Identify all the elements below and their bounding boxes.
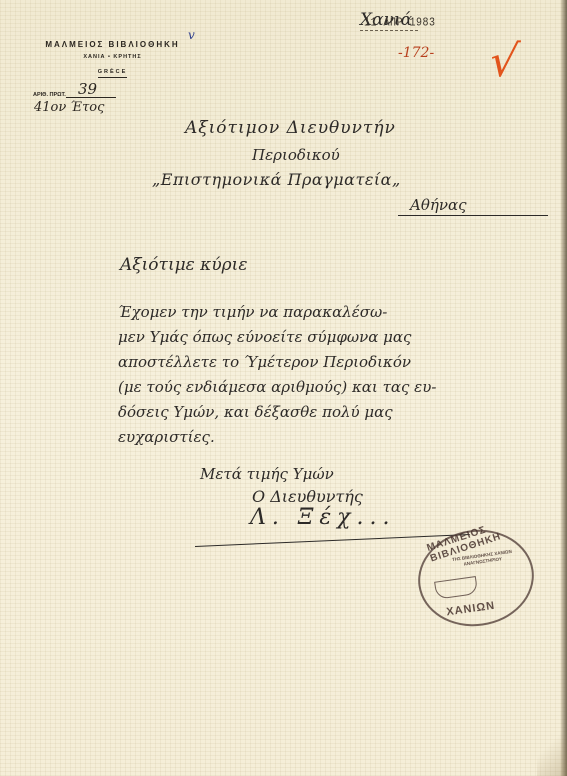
salutation: Αξιότιμε κύριε	[120, 255, 247, 275]
signer-title: Ο Διευθυντής	[252, 487, 363, 506]
letter-body: Έχομεν την τιμήν να παρακαλέσω- μεν Υμάς…	[118, 300, 548, 450]
body-line: (με τούς ενδιάμεσα αριθμούς) και τας ευ-	[118, 375, 548, 400]
date-stamp: 11 ΑΠΡ 1983	[364, 17, 436, 30]
page-corner-shadow	[537, 706, 567, 776]
body-line: Έχομεν την τιμήν να παρακαλέσω-	[118, 300, 548, 325]
recipient-line-2: Περιοδικού	[252, 146, 340, 164]
body-line: αποστέλλετε το Ύμέτερον Περιοδικόν	[118, 350, 548, 375]
reference-label: ΑΡΙΘ. ΠΡΩΤ.	[33, 92, 66, 98]
letterhead-title: ΜΑΛΜΕΙΟΣ ΒΙΒΛΙΟΘΗΚΗ	[30, 40, 195, 49]
letterhead: ΜΑΛΜΕΙΟΣ ΒΙΒΛΙΟΘΗΚΗ ΧΑΝΙΑ • ΚΡΗΤΗΣ GRÈCE	[30, 40, 195, 78]
letter-page: ΜΑΛΜΕΙΟΣ ΒΙΒΛΙΟΘΗΚΗ ΧΑΝΙΑ • ΚΡΗΤΗΣ GRÈCE…	[0, 0, 567, 776]
signature: Λ. Ξέχ...	[250, 505, 395, 530]
recipient-underline	[398, 215, 548, 216]
recipient-line-3: „Επιστημονικά Πραγματεία„	[152, 170, 401, 189]
recipient-line-1: Αξιότιμον Διευθυντήν	[185, 118, 396, 138]
letterhead-country: GRÈCE	[98, 69, 128, 78]
letterhead-subtitle: ΧΑΝΙΑ • ΚΡΗΤΗΣ	[30, 54, 195, 60]
reference-number: 39	[78, 80, 97, 98]
page-edge-shadow	[561, 0, 567, 776]
body-line: ευχαριστίες.	[118, 425, 548, 450]
closing: Μετά τιμής Υμών	[200, 465, 334, 483]
reference-year-note: 41ον Έτος	[34, 100, 104, 115]
body-line: μεν Υμάς όπως εύνοείτε σύμφωνα μας	[118, 325, 548, 350]
date-stamp-underline	[360, 30, 418, 31]
seal-ship-icon	[434, 576, 478, 600]
red-pencil-number: -172-	[398, 45, 434, 61]
body-line: δόσεις Υμών, και δέξασθε πολύ μας	[118, 400, 548, 425]
library-seal-stamp: ΜΑΛΜΕΙΟΣ ΒΙΒΛΙΟΘΗΚΗ ΤΗΣ ΒΙΒΛΙΟΘΗΚΗΣ ΧΑΝΙ…	[412, 522, 540, 633]
blue-check-mark: v	[188, 28, 195, 42]
seal-bottom-text: ΧΑΝΙΩΝ	[446, 600, 496, 619]
recipient-city: Αθήνας	[410, 196, 467, 214]
red-check-icon: √	[486, 36, 521, 87]
reference-label-row: ΑΡΙΘ. ΠΡΩΤ.	[33, 92, 116, 98]
